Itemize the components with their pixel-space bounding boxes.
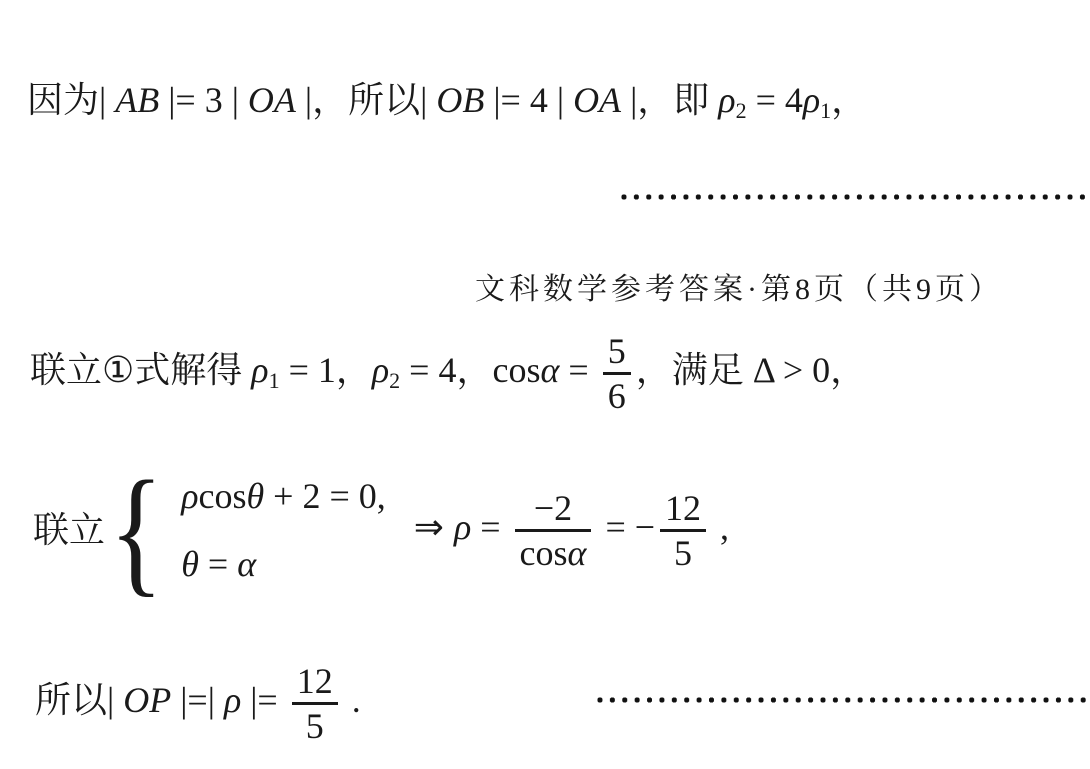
equation-row: θ = α — [181, 543, 386, 585]
equation-system: { ρcosθ + 2 = 0, θ = α — [109, 470, 386, 591]
math-variable: ρ — [803, 80, 820, 120]
statement-line-2: 联立①式解得 ρ1 = 1，ρ2 = 4，cosα = 56，满足 Δ > 0， — [30, 332, 866, 415]
math-variable: Δ — [753, 350, 774, 390]
math-variable: ρ — [454, 507, 471, 547]
text-segment: |，所以| — [296, 80, 436, 120]
text-segment: 因为| — [27, 80, 115, 120]
text-segment: = — [471, 507, 509, 547]
text-segment: |= 3 | — [159, 80, 248, 120]
math-variable: θ — [181, 544, 199, 584]
derivation-result: ⇒ρ = −2cosα = −125 , — [414, 489, 729, 572]
fraction: 125 — [292, 662, 338, 745]
math-variable: ρ — [251, 350, 268, 390]
math-subscript: 1 — [820, 98, 831, 123]
fraction-denominator: 5 — [292, 702, 338, 745]
page-footer: 文科数学参考答案·第8页（共9页） — [475, 264, 1003, 308]
text-segment: |，即 — [621, 80, 718, 120]
math-variable: ρ — [181, 476, 198, 516]
math-variable: α — [568, 533, 587, 573]
math-variable: θ — [246, 476, 264, 516]
fraction-numerator: −2 — [515, 489, 592, 529]
math-function: cos — [198, 476, 246, 516]
text-segment: 联立 — [33, 509, 105, 551]
text-segment: ，满足 — [636, 350, 753, 390]
math-function: cos — [492, 350, 540, 390]
math-subscript: 2 — [736, 98, 747, 123]
fraction: 56 — [603, 332, 631, 415]
fraction-denominator: 6 — [603, 372, 631, 415]
math-variable: OP — [123, 680, 171, 720]
text-segment: . — [343, 680, 361, 720]
text-segment: = 4 — [747, 80, 803, 120]
math-subscript: 2 — [389, 368, 400, 393]
text-segment: ， — [831, 80, 867, 120]
math-variable: α — [540, 350, 559, 390]
text-segment: = 4， — [400, 350, 492, 390]
text-segment: |= 4 | — [484, 80, 573, 120]
cases-brace: { — [109, 470, 164, 591]
fraction: 125 — [660, 489, 706, 572]
fraction-numerator: 12 — [292, 662, 338, 702]
text-segment: , — [711, 507, 729, 547]
math-variable: α — [237, 544, 256, 584]
equation-rows: ρcosθ + 2 = 0, θ = α — [181, 475, 386, 586]
text-segment: > 0， — [774, 350, 866, 390]
math-variable: ρ — [224, 680, 241, 720]
fraction: −2cosα — [515, 489, 592, 572]
math-variable: OA — [248, 80, 296, 120]
math-variable: AB — [115, 80, 159, 120]
text-segment: |=| — [171, 680, 224, 720]
statement-line-3: 联立 { ρcosθ + 2 = 0, θ = α ⇒ρ = −2cosα = … — [33, 470, 729, 591]
answer-sheet-page: 因为| AB |= 3 | OA |，所以| OB |= 4 | OA |，即 … — [0, 0, 1090, 769]
math-variable: OB — [436, 80, 484, 120]
text-segment: 联立①式解得 — [30, 350, 251, 390]
text-segment: = — [559, 350, 597, 390]
math-subscript: 1 — [269, 368, 280, 393]
math-variable: ρ — [372, 350, 389, 390]
fraction-denominator: cosα — [515, 529, 592, 572]
text-segment: |= — [241, 680, 287, 720]
text-segment: = 1， — [280, 350, 372, 390]
text-segment: 所以| — [35, 680, 123, 720]
text-segment: + 2 = 0, — [264, 476, 386, 516]
fraction-denominator: 5 — [660, 529, 706, 572]
dotted-leader-1 — [620, 193, 1090, 201]
dotted-leader-2 — [596, 696, 1090, 704]
implies-arrow-icon: ⇒ — [414, 507, 444, 548]
fraction-numerator: 5 — [603, 332, 631, 372]
math-function: cos — [520, 533, 568, 573]
statement-line-4: 所以| OP |=| ρ |= 125 . — [35, 662, 361, 745]
math-variable: ρ — [718, 80, 735, 120]
statement-line-1: 因为| AB |= 3 | OA |，所以| OB |= 4 | OA |，即 … — [27, 79, 867, 121]
fraction-numerator: 12 — [660, 489, 706, 529]
equation-row: ρcosθ + 2 = 0, — [181, 475, 386, 517]
text-segment: = − — [596, 507, 655, 547]
math-variable: OA — [573, 80, 621, 120]
text-segment: = — [199, 544, 237, 584]
